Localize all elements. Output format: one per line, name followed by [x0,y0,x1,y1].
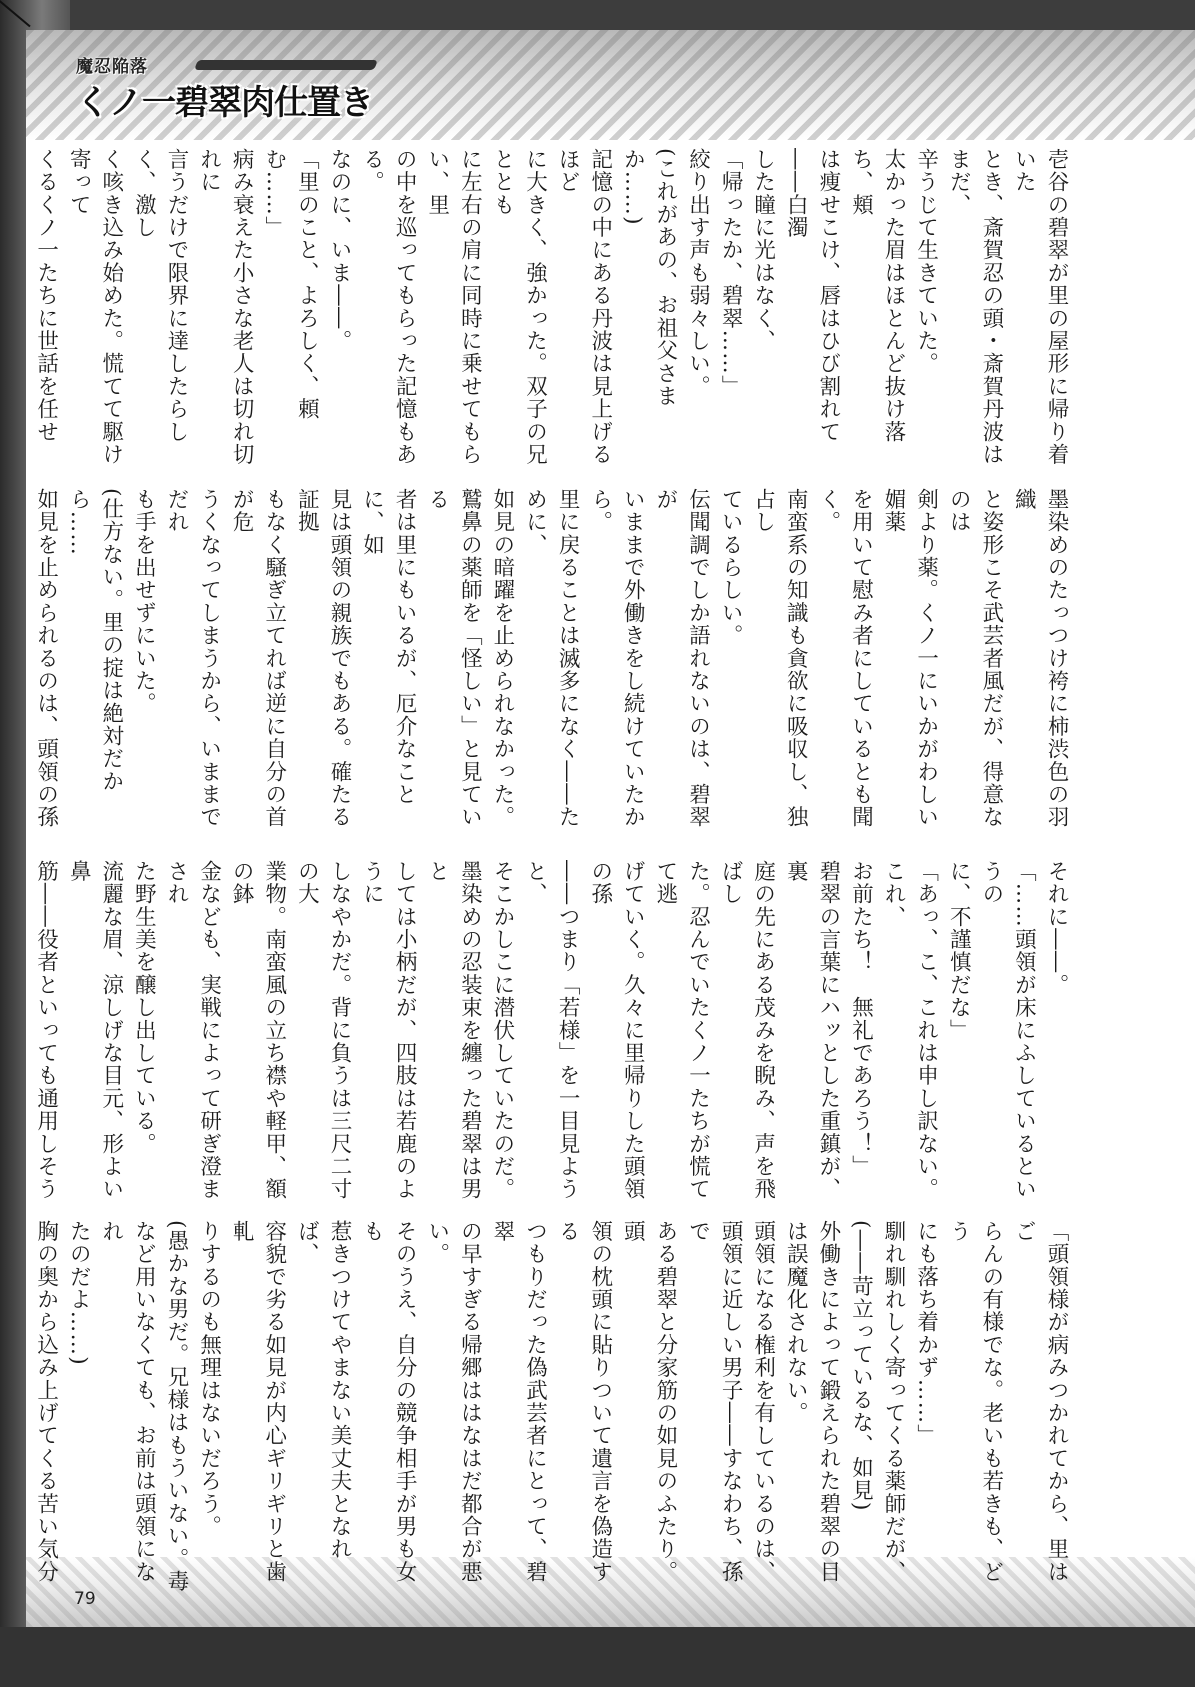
text-column: の中を巡ってもらった記憶もある。 [355,148,420,484]
text-column: など用いなくても、お前は頭領になれ [94,1220,159,1598]
text-column: (――苛立っているな、如見) [844,1220,877,1598]
text-column: ある碧翠と分家筋の如見のふたり。頭 [616,1220,681,1598]
text-column: なのに、いま――。 [322,148,355,484]
text-column: 辛うじて生きていた。 [909,148,942,484]
text-column: 見は頭領の親族でもある。確たる証拠 [290,488,355,846]
text-column: 「帰ったか、碧翠……」 [713,148,746,484]
book-title-logo: 魔忍陥落 くノ一碧翠肉仕置き [76,52,373,124]
text-column: 庭の先にある茂みを睨み、声を飛ばし [713,860,778,1218]
text-column: は誤魔化されない。 [779,1220,812,1598]
text-column: りするのも無理はないだろう。 [192,1220,225,1598]
text-column: ――つまり「若様」を一目見ようと、 [518,860,583,1218]
text-band-1: 壱谷の碧翠が里の屋形に帰り着いたとき、斎賀忍の頭・斎賀丹波はまだ、辛うじて生きて… [72,148,1072,484]
text-column: 鷲鼻の薬師を「怪しい」と見ている [420,488,485,846]
text-column: 外働きによって鍛えられた碧翠の目 [811,1220,844,1598]
text-column: 筋――役者といっても通用しそうなほ [26,860,62,1218]
text-column: は痩せこけ、唇はひび割れて――白濁 [779,148,844,484]
text-column: く咳き込み始めた。慌てて駆け寄って [62,148,127,484]
text-column: もなく騒ぎ立てれば逆に自分の首が危 [225,488,290,846]
text-column: 「……頭領が床にふしているというの [974,860,1039,1218]
text-column: 里に戻ることは滅多になく――ために、 [518,488,583,846]
text-band-4: 「頭領様が病みつかれてから、里はごらんの有様でな。老いも若きも、どうにも落ち着か… [72,1220,1072,1598]
text-column: 南蛮系の知識も貪欲に吸収し、独占し [746,488,811,846]
book-title: くノ一碧翠肉仕置き [76,75,373,124]
text-column: お前たち！ 無礼であろう！」 [844,860,877,1218]
text-column: (愚かな男だ。兄様はもういない。毒 [159,1220,192,1598]
text-column: ているらしい。 [713,488,746,846]
text-column: に大きく、強かった。双子の兄ととも [485,148,550,484]
text-column: そのうえ、自分の競争相手が男も女も [355,1220,420,1598]
text-column: 「あっ、こ、これは申し訳ない。これ、 [876,860,941,1218]
text-column: げていく。久々に里帰りした頭領の孫 [583,860,648,1218]
text-column: も手を出せずにいた。 [127,488,160,846]
scan-border-bottom [0,1627,1195,1687]
text-column: 墨染めの忍装束を纏った碧翠は男と [420,860,485,1218]
text-column: とき、斎賀忍の頭・斎賀丹波はまだ、 [942,148,1007,484]
text-column: くるくノ一たちに世話を任せて、碧翠 [26,148,62,484]
text-column: た。忍んでいたくノ一たちが慌てて逃 [648,860,713,1218]
text-column: らんの有様でな。老いも若きも、どう [942,1220,1007,1598]
text-column: 惹きつけてやまない美丈夫となれば、 [290,1220,355,1598]
text-column: そこかしこに潜伏していたのだ。 [485,860,518,1218]
text-column: いままで外働きをし続けていたから。 [583,488,648,846]
text-column: 如見を止められるのは、頭領の孫であ [26,488,62,846]
book-page: 魔忍陥落 くノ一碧翠肉仕置き 壱谷の碧翠が里の屋形に帰り着いたとき、斎賀忍の頭・… [26,30,1195,1627]
text-column: した瞳に光はなく、 [746,148,779,484]
scan-border-top [0,0,1195,30]
text-band-3: それに――。「……頭領が床にふしているというのに、不謹慎だな」「あっ、こ、これは… [72,860,1072,1218]
text-column: (仕方ない。里の掟は絶対だから…… [62,488,127,846]
text-column: 業物。南蛮風の立ち襟や軽甲、額の鉢 [225,860,290,1218]
text-column: 頭領になる権利を有しているのは、 [746,1220,779,1598]
text-column: の早すぎる帰郷ははなはだ都合が悪い。 [420,1220,485,1598]
text-column: にも落ち着かず……」 [909,1220,942,1598]
text-column: 者は里にもいるが、厄介なことに、如 [355,488,420,846]
text-column: 領の枕頭に貼りついて遺言を偽造する [551,1220,616,1598]
text-column: 言うだけで限界に達したらしく、激し [127,148,192,484]
text-column: うくなってしまうから、いままでだれ [159,488,224,846]
text-column: 「里のこと、よろしく、頼む……」 [257,148,322,484]
text-column: それに――。 [1039,860,1072,1218]
text-column: に左右の肩に同時に乗せてもらい、里 [420,148,485,484]
brush-stroke-decoration [194,60,378,70]
text-column: 絞り出す声も弱々しい。 [681,148,714,484]
text-column: 流麗な眉、涼しげな目元、形よい鼻 [62,860,127,1218]
text-column: 如見の暗躍を止められなかった。 [485,488,518,846]
text-column: 「頭領様が病みつかれてから、里はご [1007,1220,1072,1598]
text-column: 碧翠の言葉にハッとした重鎮が、裏 [779,860,844,1218]
text-column: つもりだった偽武芸者にとって、碧翠 [485,1220,550,1598]
text-column: 太かった眉はほとんど抜け落ち、頬 [844,148,909,484]
page-number: 79 [74,1589,96,1609]
text-column: 壱谷の碧翠が里の屋形に帰り着いた [1007,148,1072,484]
text-column: 馴れ馴れしく寄ってくる薬師だが、 [876,1220,909,1598]
text-column: た野生美を醸し出している。 [127,860,160,1218]
text-column: を懸命にこらえて、碧翠は思う。 [26,1220,29,1598]
text-column: 頭領に近しい男子――すなわち、孫で [681,1220,746,1598]
text-column: 剣より薬。くノ一にいかがわしい媚薬 [876,488,941,846]
text-column: 胸の奥から込み上げてくる苦い気分 [29,1220,62,1598]
text-column: 記憶の中にある丹波は見上げるほど [551,148,616,484]
text-column: に、不謹慎だな」 [942,860,975,1218]
text-column: しなやかだ。背に負うは三尺二寸の大 [290,860,355,1218]
text-column: 墨染めのたっつけ袴に柿渋色の羽織 [1007,488,1072,846]
text-column: を用いて慰み者にしているとも聞く。 [811,488,876,846]
text-column: (これがあの、お祖父さまか……) [616,148,681,484]
text-column: 伝聞調でしか語れないのは、碧翠が [648,488,713,846]
text-column: 金なども、実戦によって研ぎ澄まされ [159,860,224,1218]
text-column: 病み衰えた小さな老人は切れ切れに [192,148,257,484]
text-column: と姿形こそ武芸者風だが、得意なのは [942,488,1007,846]
text-column: 容貌で劣る如見が内心ギリギリと歯軋 [225,1220,290,1598]
text-column: たのだよ……) [62,1220,95,1598]
text-column: しては小柄だが、四肢は若鹿のように [355,860,420,1218]
text-band-2: 墨染めのたっつけ袴に柿渋色の羽織と姿形こそ武芸者風だが、得意なのは剣より薬。くノ… [72,488,1072,846]
